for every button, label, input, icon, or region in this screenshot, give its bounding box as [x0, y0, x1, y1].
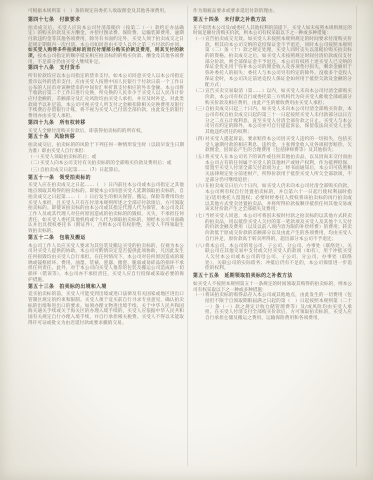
right-column: 作为瑕疵品要求或要求延迟付款的理由。 第五十四条 未付款之补救方法 在不损害本公…	[193, 9, 352, 323]
list-item: （五） 将买受人在本公司名下的该件或任何其他拍卖品，以及因尚未交付而由本公司占有…	[193, 155, 352, 184]
article-50-list: （一） 买受人领取拍卖标的后；或 （二） 买受人向本公司支付有关拍卖标的的全部购…	[28, 155, 184, 174]
item-marker: （四）	[193, 137, 205, 154]
list-item: （八） 将本公司、本公司的母公司、子公司、分公司、办事处（联络处）、关联公司在其…	[193, 244, 352, 273]
article-51-heading: 第五十一条 领受拍卖标的	[28, 175, 184, 181]
article-53-body: 竞买拍卖标的前，买受人可能受到出境或进口法律及有关国家或地区进出口管制区规定的约…	[28, 292, 184, 326]
item-marker: （八）	[193, 244, 205, 273]
article-50-heading: 第五十条 风险转移	[28, 134, 184, 140]
article-53-heading: 第五十三条 拍卖标的出境和入境	[28, 284, 184, 290]
article-51-body: 买受人应在拍卖成交之日起……（ ）日内前往本公司或本公司指定之其他地点领取其购得…	[28, 183, 184, 234]
right-edge-rule	[356, 6, 357, 466]
item-text: 当经买受人同意，本公司可将因未按时付款之拍卖标的以其他方式转卖的拍卖品，用以抵偿…	[205, 214, 352, 243]
left-column: 可根据本规则第（ ）条的规定向委托人收取佣金及其他各项费用。 第四十七条 付款要…	[28, 9, 184, 327]
item-text: 宣告买卖交易取消（第……）以内，如买受人未向本公司付清全部购买价款，本公司有权自…	[205, 89, 352, 106]
article-47-text-a: 拍卖成交后，买受人应向本公司付清落槌价（按第二（一）款约定办法确定）的购买价款及…	[28, 26, 184, 48]
article-47-heading: 第四十七条 付款要求	[28, 17, 184, 23]
item-text: 将该拍卖标的购得品存入本公司或其他地点，由此发生的一切费用（包括但不限于自领取期…	[205, 293, 352, 322]
item-text: 在拍卖成交日后六十日内，如买受人仍未向本公司付清全部购买价款，本公司则有权自行处…	[205, 184, 352, 213]
item-text: 宣告拍卖成交无效。如买受人未按照本规则规定的时间要求付清购买价款，则其向本公司交…	[205, 37, 352, 88]
article-49-heading: 第四十九条 所有权转移	[28, 120, 184, 126]
item-marker: （一）	[28, 155, 40, 161]
list-item: （二） 买受人向本公司支付有关拍卖标的的全部购买价款及费用后；或	[28, 161, 184, 167]
article-55-list: （一） 将该拍卖标的购得品存入本公司或其他地点，由此发生的一切费用（包括但不限于…	[193, 293, 352, 322]
document-page: 可根据本规则第（ ）条的规定向委托人收取佣金及其他各项费用。 第四十七条 付款要…	[0, 0, 373, 480]
article-48-body: 所有价款均应以本公司指定的货币支付。如本公司同意买受人以本公司指定货币以外的货币…	[28, 74, 184, 120]
article-52-heading: 第五十二条 包装及搬运	[28, 235, 184, 241]
article-47-body: 拍卖成交后，买受人应向本公司付清落槌价（按第二（一）款约定办法确定）的购买价款及…	[28, 26, 184, 66]
article-55-intro: 如买受人不按照本规则第五十一条规定的时间领取其购得的拍卖标的，则本公司有权采取以…	[193, 282, 352, 293]
item-text: 自拍卖成交日起三十日内，如买受人未向本公司付清全部购买价款，本公司有权自拍卖成交…	[205, 107, 352, 136]
item-marker: （六）	[193, 184, 205, 213]
item-marker: （二）	[193, 89, 205, 106]
list-item: （一） 宣告拍卖成交无效。如买受人未按照本规则规定的时间要求付清购买价款，则其向…	[193, 37, 352, 88]
item-marker: （一）	[193, 37, 205, 88]
article-47-text-c: 按本公司指定的顺序抵充相应拍卖标的的购买价款、酬金及其他各项费用，不足部分仍由买…	[28, 54, 184, 65]
right-continuation-line: 作为瑕疵品要求或要求延迟付款的理由。	[193, 9, 352, 15]
article-54-intro: 在不损害本公司及/或委托人其他权利的前提下，买受人如未按照本规则规定的时间足额付…	[193, 26, 352, 37]
article-48-heading: 第四十八条 支付货币	[28, 65, 184, 71]
article-55-heading: 第五十五条 延期领取拍卖标的之补救方法	[193, 273, 352, 279]
list-item: （三） 自拍卖成交日起第……（7）日起算后。	[28, 168, 184, 174]
list-item: （七） 当经买受人同意，本公司可将因未按时付款之拍卖标的以其他方式转卖的拍卖品，…	[193, 214, 352, 243]
article-52-body: 本公司工作人员应买受人要求为其包装及搬运买受的拍卖标的，仅视为本公司对买受人提供…	[28, 244, 184, 284]
item-text: 买受人向本公司支付有关拍卖标的的全部购买价款及费用后；或	[40, 161, 184, 167]
article-54-list: （一） 宣告拍卖成交无效。如买受人未按照本规则规定的时间要求付清购买价款，则其向…	[193, 37, 352, 272]
item-marker: （二）	[28, 161, 40, 167]
article-50-intro: 拍卖成交后，拍卖标的的风险于下列任何一种情形发生时（以较早发生日期为准）即由买受…	[28, 143, 184, 154]
item-marker: （三）	[28, 168, 40, 174]
list-item: （四） 对买受人提起诉讼，要求赔偿本公司因买受人违约的一切损失，包括买受人逾期付…	[193, 137, 352, 154]
article-54-heading: 第五十四条 未付款之补救方法	[193, 17, 352, 23]
item-text: 买受人领取拍卖标的后；或	[40, 155, 184, 161]
list-item: （三） 自拍卖成交日起三十日内，如买受人未向本公司付清全部购买价款，本公司有权自…	[193, 107, 352, 136]
list-item: （六） 在拍卖成交日后六十日内，如买受人仍未向本公司付清全部购买价款，本公司则有…	[193, 184, 352, 213]
item-text: 将本公司、本公司的母公司、子公司、分公司、办事处（联络处）、关联公司在其他交易中…	[205, 244, 352, 273]
item-marker: （三）	[193, 107, 205, 136]
item-marker: （一）	[193, 293, 205, 322]
list-item: （二） 宣告买卖交易取消（第……）以内，如买受人未向本公司付清全部购买价款，本公…	[193, 89, 352, 106]
list-item: （一） 将该拍卖标的购得品存入本公司或其他地点，由此发生的一切费用（包括但不限于…	[193, 293, 352, 322]
item-marker: （五）	[193, 155, 205, 184]
item-marker: （七）	[193, 214, 205, 243]
item-text: 将买受人在本公司名下的该件或任何其他拍卖品，以及因尚未交付而由本公司占有的任何属…	[205, 155, 352, 184]
column-divider-rule	[187, 6, 188, 466]
item-text: 对买受人提起诉讼，要求赔偿本公司因买受人违约的一切损失，包括买受人逾期付款的相应…	[205, 137, 352, 154]
left-continuation-line: 可根据本规则第（ ）条的规定向委托人收取佣金及其他各项费用。	[28, 9, 184, 15]
list-item: （一） 买受人领取拍卖标的后；或	[28, 155, 184, 161]
item-text: 自拍卖成交日起第……（7）日起算后。	[40, 168, 184, 174]
